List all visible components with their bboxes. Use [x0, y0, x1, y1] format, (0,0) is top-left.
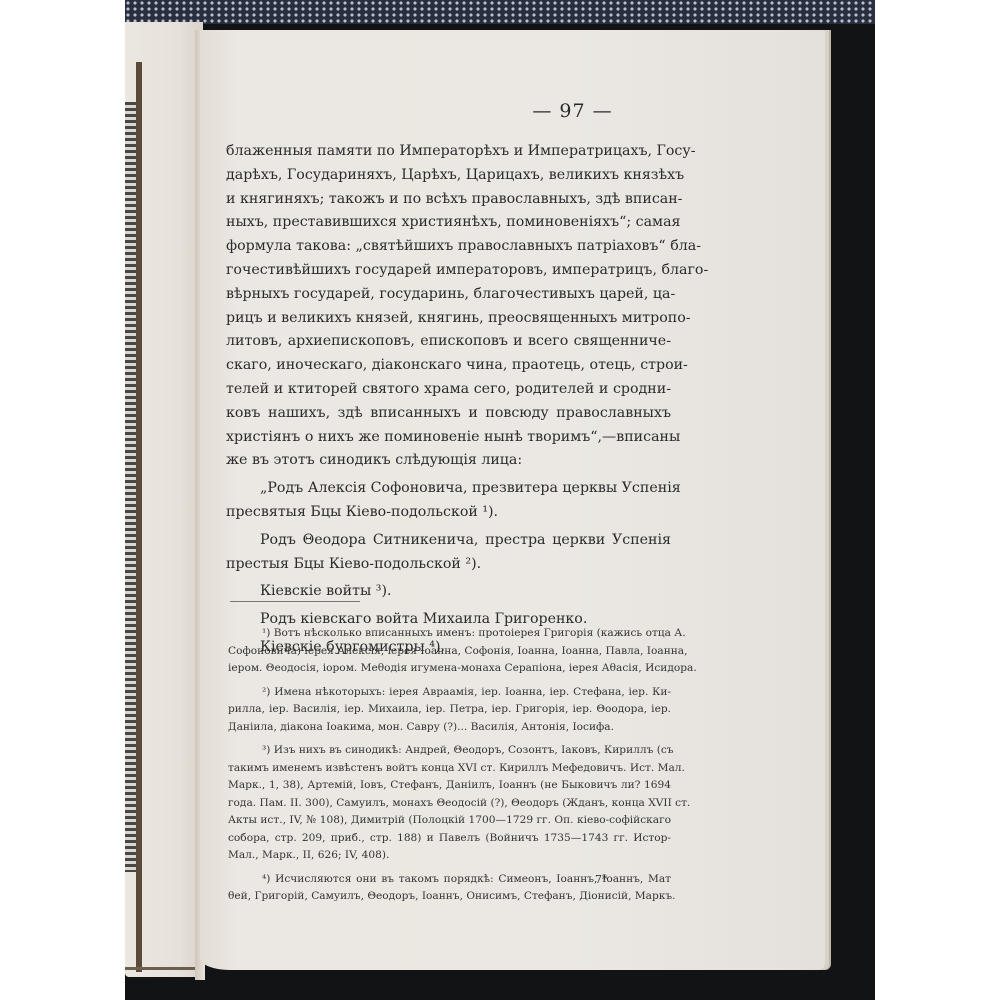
text-line: ныхъ, преставившихся християнѣхъ, помино… [226, 211, 671, 235]
synodik-entry: „Родъ Алексія Софоновича, презвитера цер… [226, 477, 671, 525]
text-line: Марк., 1, 38), Артемій, Іовъ, Стефанъ, Д… [228, 777, 671, 795]
plate-border [136, 62, 142, 972]
main-text: блаженныя памяти по Императорѣхъ и Импер… [226, 140, 671, 660]
text-line: іером. Θеодосія, іором. Меθодія игумена-… [228, 660, 671, 678]
text-line: литовъ, архиепископовъ, епископовъ и все… [226, 330, 671, 354]
book-photo: — 97 — блаженныя памяти по Императорѣхъ … [125, 0, 875, 1000]
text-line: Родъ Θеодора Ситникенича, престра церкви… [226, 529, 671, 553]
text-line: телей и ктиторей святого храма сего, род… [226, 378, 671, 402]
text-line: собора, стр. 209, приб., стр. 188) и Пав… [228, 830, 671, 848]
patterned-fabric-background [125, 0, 875, 24]
text-line: гочестивѣйшихъ государей императоровъ, и… [226, 259, 671, 283]
text-line: пресвятыя Бцы Кіево-подольской ¹). [226, 501, 671, 525]
book-page: — 97 — блаженныя памяти по Императорѣхъ … [200, 30, 825, 970]
text-line: ¹) Вотъ нѣсколько вписанныхъ именъ: прот… [228, 625, 671, 643]
text-line: θей, Григорій, Самуилъ, Θеодоръ, Іоаннъ,… [228, 888, 671, 906]
text-line: скаго, иноческаго, діаконскаго чина, пра… [226, 354, 671, 378]
text-line: блаженныя памяти по Императорѣхъ и Импер… [226, 140, 671, 164]
text-line: рицъ и великихъ князей, княгинь, преосвя… [226, 307, 671, 331]
footnote: ¹) Вотъ нѣсколько вписанныхъ именъ: прот… [228, 625, 671, 678]
text-line: вѣрныхъ государей, государинь, благочест… [226, 283, 671, 307]
text-line: же въ этотъ синодикъ слѣдующія лица: [226, 449, 671, 473]
text-line: „Родъ Алексія Софоновича, презвитера цер… [226, 477, 671, 501]
text-line: такимъ именемъ извѣстенъ войтъ конца XVI… [228, 760, 671, 778]
text-line: дарѣхъ, Государиняхъ, Царѣхъ, Царицахъ, … [226, 164, 671, 188]
text-line: ²) Имена нѣкоторыхъ: іерея Авраамія, іер… [228, 684, 671, 702]
text-line: ³) Изъ нихъ въ синодикѣ: Андрей, Θеодоръ… [228, 742, 671, 760]
footnote-separator [230, 601, 360, 602]
facing-left-page [125, 22, 203, 977]
text-line: рилла, іер. Василія, іер. Михаила, іер. … [228, 701, 671, 719]
text-line: Мал., Марк., II, 626; IV, 408). [228, 847, 671, 865]
text-line: Даніила, діакона Іоакима, мон. Савру (?)… [228, 719, 671, 737]
text-line: формула такова: „святѣйшихъ православных… [226, 235, 671, 259]
text-line: престыя Бцы Кіево-подольской ²). [226, 553, 671, 577]
footnotes: ¹) Вотъ нѣсколько вписанныхъ именъ: прот… [228, 625, 671, 912]
text-line: ковъ нашихъ, здѣ вписанныхъ и повсюду пр… [226, 402, 671, 426]
synodik-entry: Родъ Θеодора Ситникенича, престра церкви… [226, 529, 671, 577]
signature-mark: 7* [595, 873, 608, 886]
text-line: Софоновича) іерея Алексія, іерея Іоанна,… [228, 643, 671, 661]
footnote: ³) Изъ нихъ въ синодикѣ: Андрей, Θеодоръ… [228, 742, 671, 865]
text-line: года. Пам. II. 300), Самуилъ, монахъ Θео… [228, 795, 671, 813]
opening-paragraph: блаженныя памяти по Императорѣхъ и Импер… [226, 140, 671, 473]
text-line: Акты ист., IV, № 108), Димитрій (Полоцкі… [228, 812, 671, 830]
left-page-bottom-rule [125, 967, 203, 970]
footnote: ²) Имена нѣкоторыхъ: іерея Авраамія, іер… [228, 684, 671, 737]
text-line: христіянъ о нихъ же поминовеніе нынѣ тво… [226, 426, 671, 450]
page-number: — 97 — [200, 100, 825, 122]
text-line: и княгиняхъ; такожъ и по всѣхъ православ… [226, 188, 671, 212]
